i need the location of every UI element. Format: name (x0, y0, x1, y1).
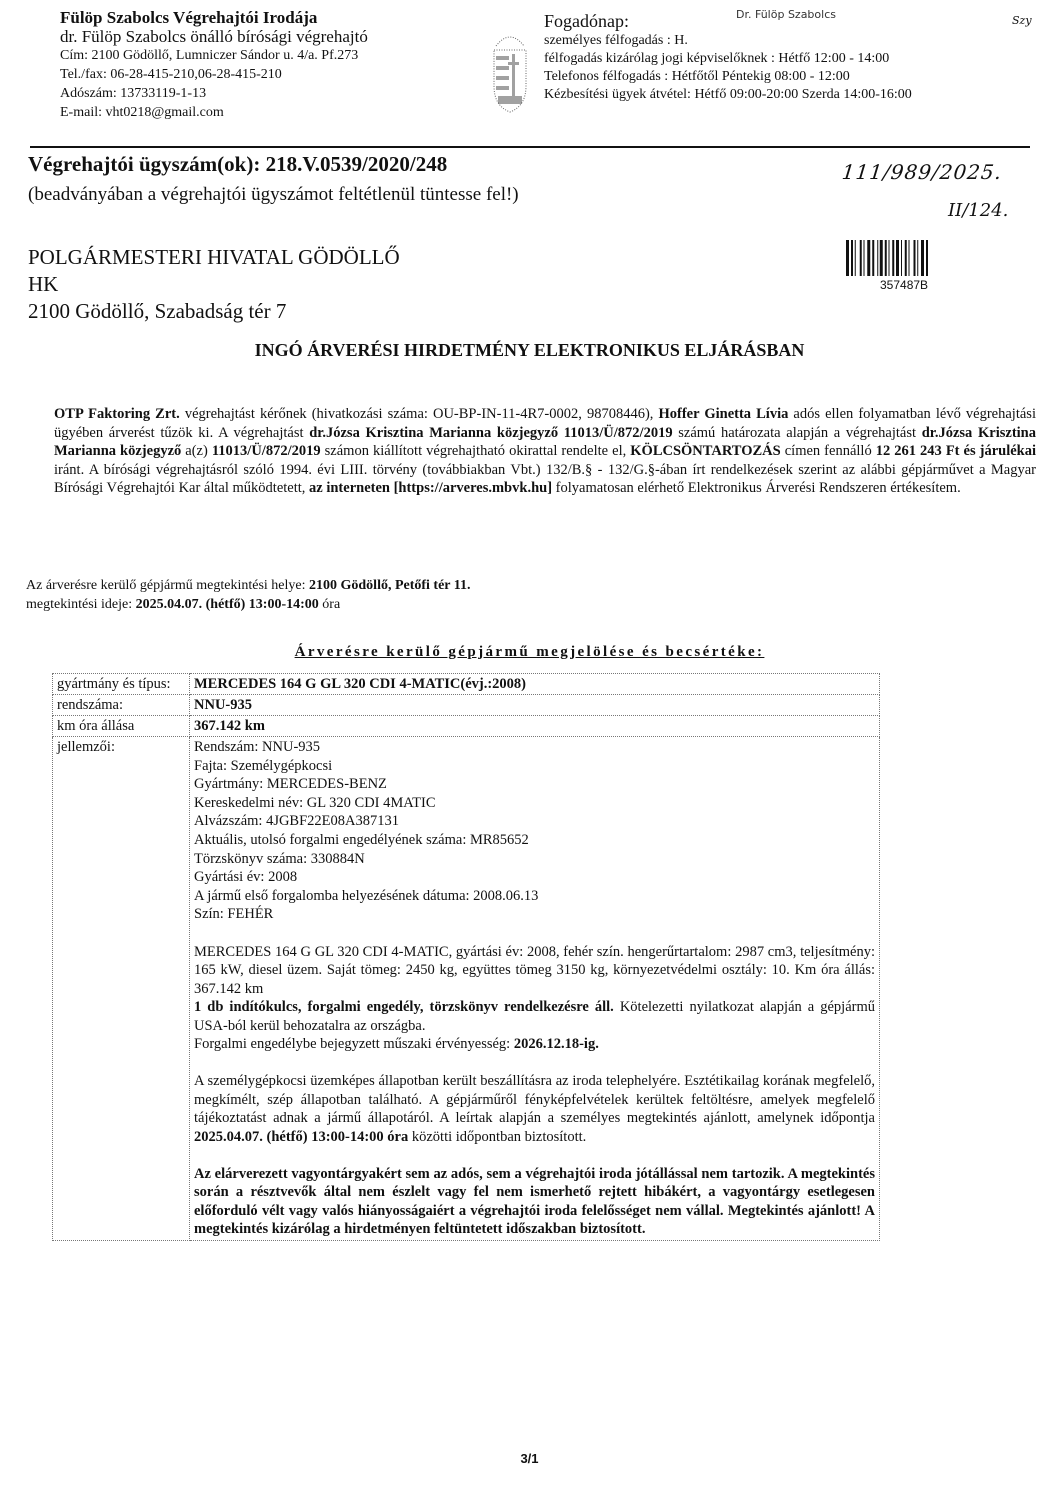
feature-item: Törzskönyv száma: 330884N (194, 850, 875, 869)
signature: Szy (1012, 14, 1032, 27)
reception-line: Telefonos félfogadás : Hétfőtől Péntekig… (544, 68, 912, 86)
viewing-time: 2025.04.07. (hétfő) 13:00-14:00 (136, 597, 319, 612)
header-divider (30, 146, 1030, 148)
notary-reference: dr.Józsa Krisztina Marianna közjegyző 11… (309, 425, 672, 441)
feature-item: Rendszám: NNU-935 (194, 738, 875, 757)
auction-url[interactable]: az interneten [https://arveres.mbvk.hu] (309, 480, 552, 496)
row-label: gyártmány és típus: (53, 674, 190, 695)
viewing-place: 2100 Gödöllő, Petőfi tér 11. (309, 578, 471, 593)
validity-label: Forgalmi engedélybe bejegyzett műszaki é… (194, 1036, 514, 1052)
intro-text: címen fennálló (781, 443, 876, 459)
table-row: jellemzői: Rendszám: NNU-935Fajta: Szemé… (53, 737, 880, 1241)
row-label: rendszáma: (53, 695, 190, 716)
claim-type: KÖLCSÖNTARTOZÁS (630, 443, 780, 459)
document-title: INGÓ ÁRVERÉSI HIRDETMÉNY ELEKTRONIKUS EL… (0, 340, 1059, 361)
claim-amount: 12 261 243 Ft és járulékai (876, 443, 1036, 459)
case-number-note: (beadványában a végrehajtói ügyszámot fe… (28, 184, 519, 206)
reception-line: Kézbesítési ügyek átvétel: Hétfő 09:00-2… (544, 86, 912, 104)
intro-text: végrehajtást kérőnek (hivatkozási száma:… (180, 406, 659, 422)
page-number: 3/1 (0, 1451, 1059, 1466)
section-title: Árverésre kerülő gépjármű megjelölése és… (0, 644, 1059, 661)
office-email: E-mail: vht0218@gmail.com (60, 103, 368, 122)
officer-stamp: Dr. Fülöp Szabolcs (736, 8, 836, 21)
barcode-icon (846, 240, 984, 276)
feature-item: Kereskedelmi név: GL 320 CDI 4MATIC (194, 794, 875, 813)
coat-of-arms-icon (486, 26, 534, 116)
reception-hours: Fogadónap: személyes félfogadás : H. fél… (544, 10, 912, 104)
table-row: rendszáma: NNU-935 (53, 695, 880, 716)
viewing-time-label: megtekintési ideje: (26, 597, 136, 612)
viewing-place-label: Az árverésre kerülő gépjármű megtekintés… (26, 578, 309, 593)
reception-line: félfogadás kizárólag jogi képviselőknek … (544, 50, 912, 68)
recipient-address: POLGÁRMESTERI HIVATAL GÖDÖLLŐ HK 2100 Gö… (28, 244, 400, 325)
intro-text: számú határozata alapján a végrehajtást (673, 425, 922, 441)
office-address: Cím: 2100 Gödöllő, Lumniczer Sándor u. 4… (60, 46, 368, 65)
handwritten-subnumber: II/124. (948, 200, 1008, 221)
intro-text: folyamatosan elérhető Elektronikus Árver… (552, 480, 961, 496)
row-value: MERCEDES 164 G GL 320 CDI 4-MATIC(évj.:2… (190, 674, 880, 695)
viewing-info: Az árverésre kerülő gépjármű megtekintés… (26, 576, 471, 614)
condition-end: közötti időpontban biztosított. (408, 1129, 586, 1145)
reception-title: Fogadónap: (544, 10, 912, 32)
barcode-number: 357487B (880, 278, 928, 292)
disclaimer: Az elárverezett vagyontárgyakért sem az … (194, 1165, 875, 1239)
feature-item: A jármű első forgalomba helyezésének dát… (194, 887, 875, 906)
recipient-name: POLGÁRMESTERI HIVATAL GÖDÖLLŐ (28, 244, 400, 271)
office-name: Fülöp Szabolcs Végrehajtói Irodája (60, 8, 368, 27)
recipient-street: 2100 Gödöllő, Szabadság tér 7 (28, 298, 400, 325)
creditor-name: OTP Faktoring Zrt. (54, 406, 180, 422)
row-value: NNU-935 (190, 695, 880, 716)
features-cell: Rendszám: NNU-935Fajta: SzemélygépkocsiG… (190, 737, 880, 1241)
office-telfax: Tel./fax: 06-28-415-210,06-28-415-210 (60, 65, 368, 84)
intro-paragraph: OTP Faktoring Zrt. végrehajtást kérőnek … (54, 405, 1036, 498)
feature-item: Gyártási év: 2008 (194, 868, 875, 887)
row-value: 367.142 km (190, 716, 880, 737)
validity-date: 2026.12.18-ig. (514, 1036, 599, 1052)
officer-name: dr. Fülöp Szabolcs önálló bírósági végre… (60, 27, 368, 46)
case-number: Végrehajtói ügyszám(ok): 218.V.0539/2020… (28, 152, 447, 177)
row-label: km óra állása (53, 716, 190, 737)
reception-line: személyes félfogadás : H. (544, 32, 912, 50)
office-header: Fülöp Szabolcs Végrehajtói Irodája dr. F… (60, 8, 368, 122)
viewing-time-suffix: óra (319, 597, 340, 612)
office-tax-number: Adószám: 13733119-1-13 (60, 84, 368, 103)
feature-item: Aktuális, utolsó forgalmi engedélyének s… (194, 831, 875, 850)
table-row: gyártmány és típus: MERCEDES 164 G GL 32… (53, 674, 880, 695)
vehicle-table: gyártmány és típus: MERCEDES 164 G GL 32… (52, 673, 880, 1241)
intro-text: a(z) (181, 443, 212, 459)
feature-item: Fajta: Személygépkocsi (194, 757, 875, 776)
debtor-name: Hoffer Ginetta Lívia (658, 406, 788, 422)
row-label: jellemzői: (53, 737, 190, 1241)
condition-text: A személygépkocsi üzemképes állapotban k… (194, 1073, 875, 1126)
features-list: Rendszám: NNU-935Fajta: SzemélygépkocsiG… (194, 738, 875, 924)
intro-text: számon kiállított végrehajtható okiratta… (321, 443, 631, 459)
vehicle-description: MERCEDES 164 G GL 320 CDI 4-MATIC, gyárt… (194, 943, 875, 1053)
condition-paragraph: A személygépkocsi üzemképes állapotban k… (194, 1072, 875, 1146)
document-number: 11013/Ü/872/2019 (212, 443, 321, 459)
documents-available: 1 db indítókulcs, forgalmi engedély, tör… (194, 999, 614, 1015)
table-row: km óra állása 367.142 km (53, 716, 880, 737)
condition-time: 2025.04.07. (hétfő) 13:00-14:00 óra (194, 1129, 408, 1145)
vehicle-specs: MERCEDES 164 G GL 320 CDI 4-MATIC, gyárt… (194, 943, 875, 998)
handwritten-registry-number: 111/989/2025. (841, 160, 1004, 184)
feature-item: Szín: FEHÉR (194, 905, 875, 924)
feature-item: Alvázszám: 4JGBF22E08A387131 (194, 812, 875, 831)
feature-item: Gyártmány: MERCEDES-BENZ (194, 775, 875, 794)
recipient-dept: HK (28, 271, 400, 298)
